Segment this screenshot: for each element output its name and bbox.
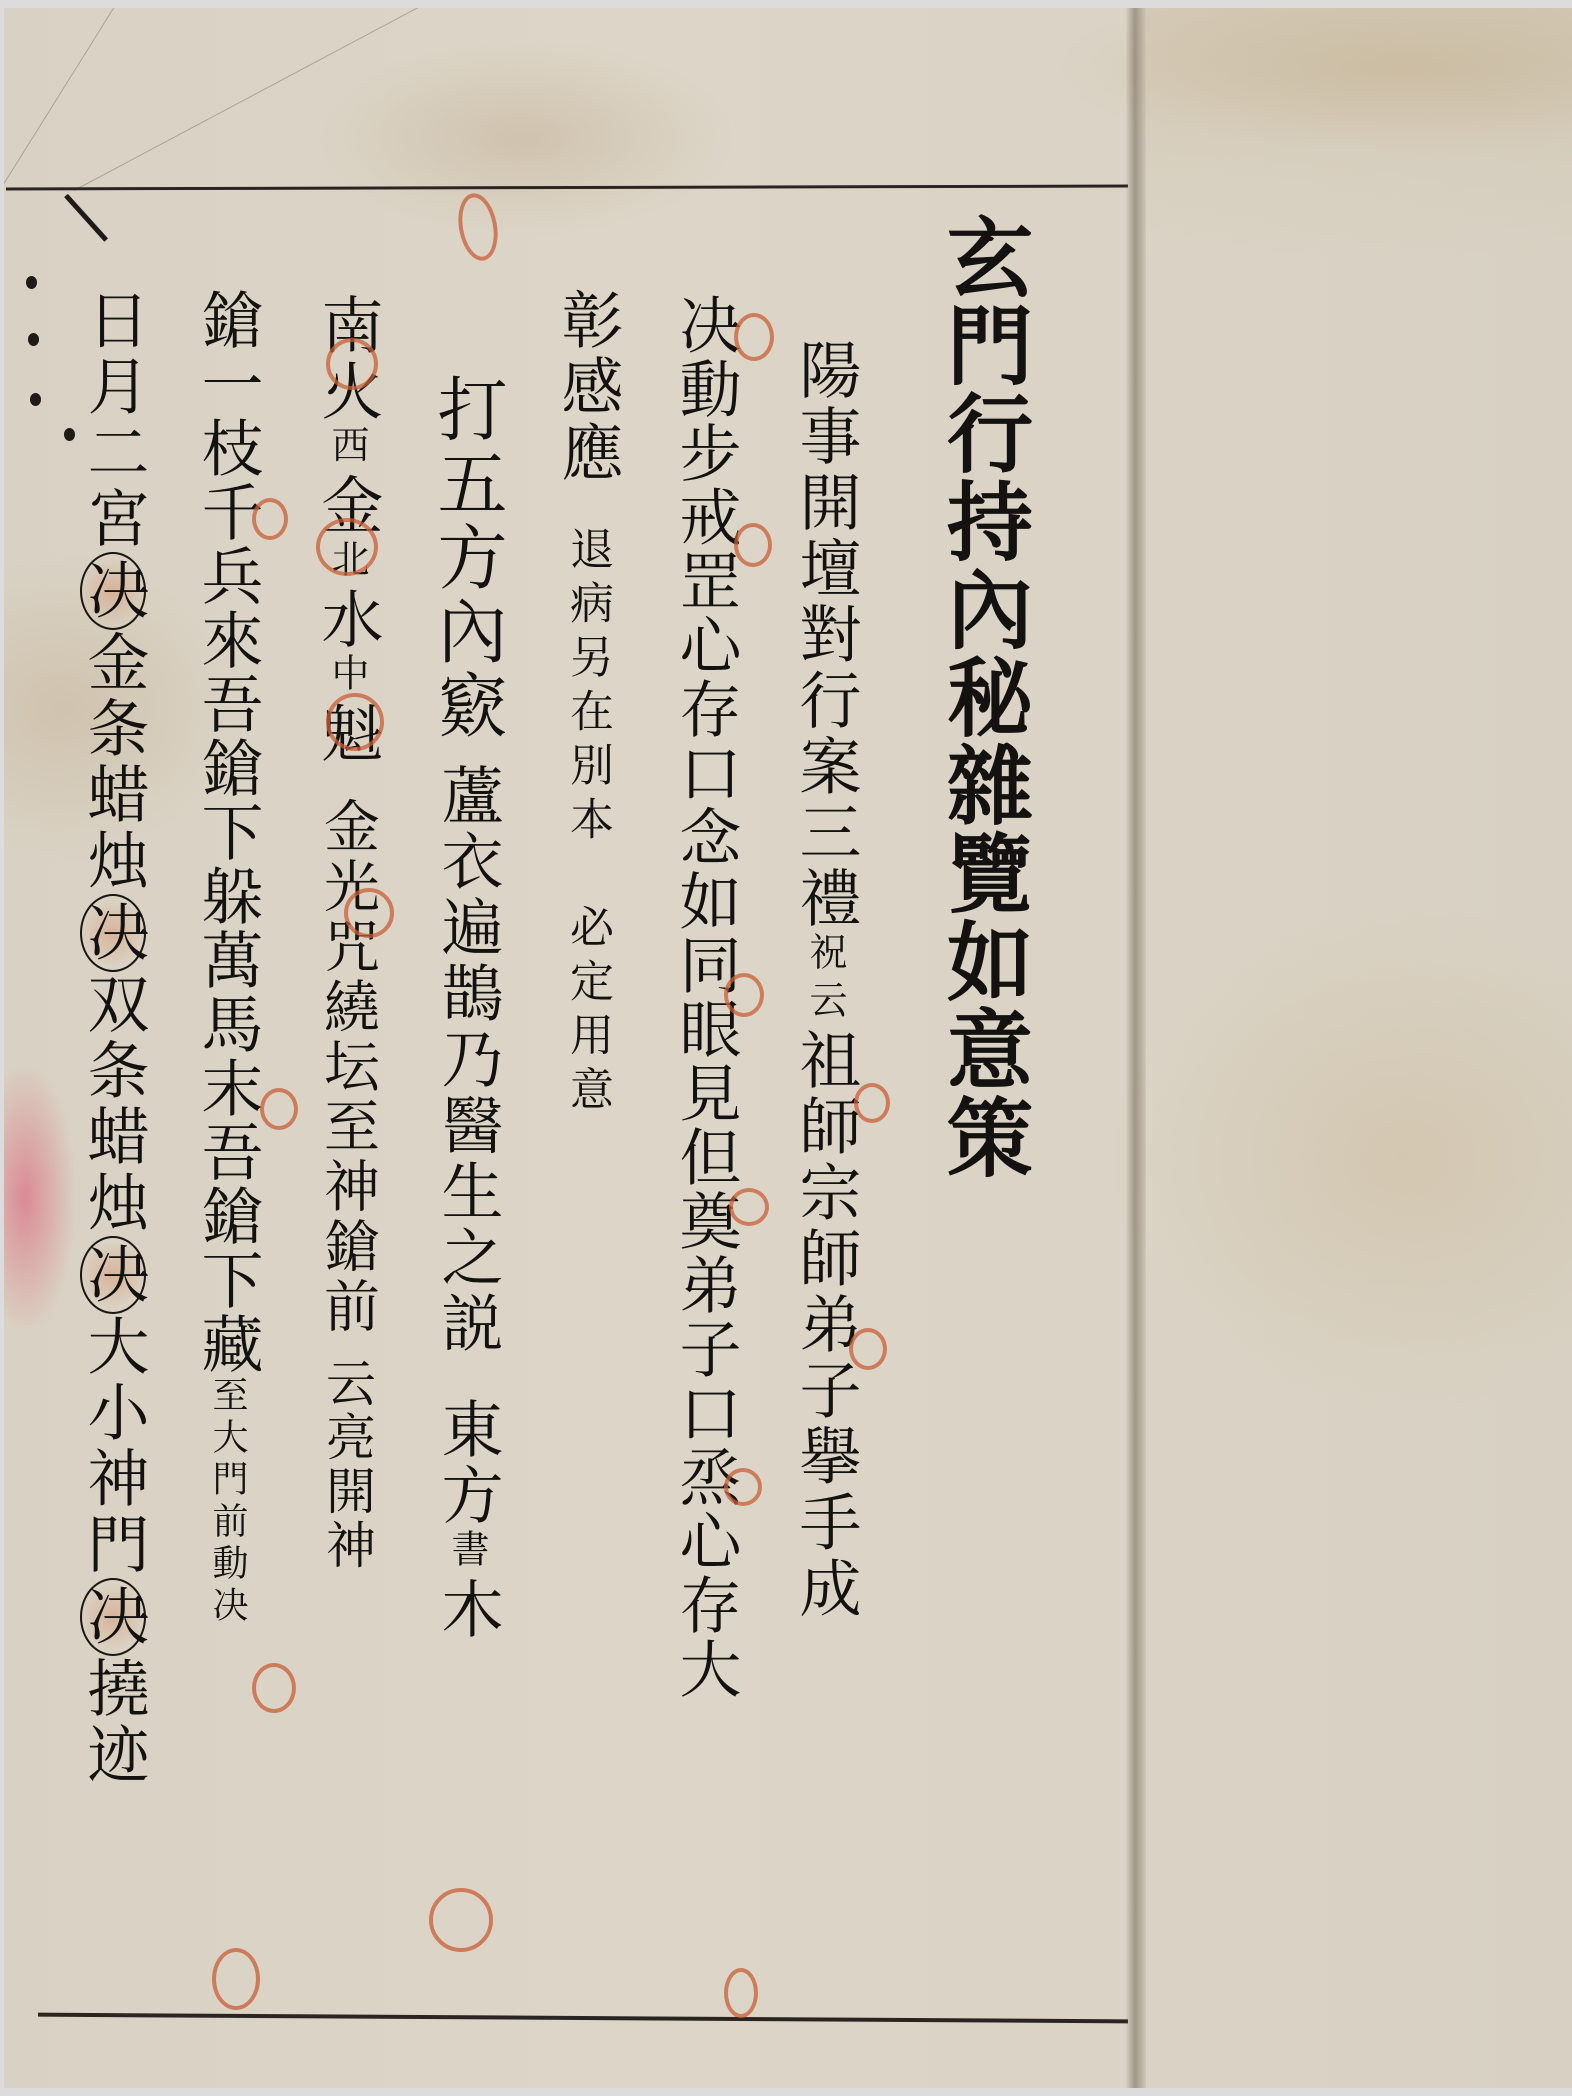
vermilion-mark <box>724 973 764 1017</box>
vermilion-mark <box>734 523 772 567</box>
column-text: 祖師宗師弟子擧手成 <box>789 1028 862 1622</box>
element-wood: 木 <box>431 1577 504 1643</box>
margin-dot <box>30 393 41 406</box>
vermilion-mark <box>729 1188 769 1226</box>
column-text: 日月二宮 <box>77 288 150 552</box>
vermilion-mark <box>260 1088 298 1130</box>
fold-crease <box>74 8 445 191</box>
tick-mark <box>64 194 108 242</box>
interlinear-note: 至大門前動决 <box>207 1376 248 1628</box>
bottom-border-rule <box>38 2013 1128 2024</box>
vermilion-mark <box>453 190 502 264</box>
column-text: 東方 <box>431 1397 504 1529</box>
vermilion-mark <box>326 693 384 751</box>
column-text: 双条蜡烛 <box>77 972 150 1236</box>
vermilion-mark <box>724 1468 762 1506</box>
margin-dot <box>26 276 37 289</box>
column-text: 撓迹 <box>77 1656 150 1788</box>
manuscript-title: 玄門行持內秘雜覽如意策 <box>932 213 1033 1181</box>
interlinear-note: 退病另在別本 必定用意 <box>562 526 613 1120</box>
column-text: 彰感應 <box>551 288 624 486</box>
margin-dot <box>28 333 39 346</box>
vermilion-mark <box>849 1328 887 1370</box>
interlinear-note: 祝云 <box>803 932 847 1028</box>
vermilion-mark <box>724 1968 758 2018</box>
left-page: 玄門行持內秘雜覽如意策 陽事開壇對行案三禮祝云祖師宗師弟子擧手成 决動步戒罡心存… <box>4 8 1132 2088</box>
element-water: 水 <box>311 587 384 653</box>
circled-jue-mark: 决 <box>80 1578 146 1656</box>
column-text: 大小神門 <box>77 1314 150 1578</box>
text-column-5: 打五方內窽蘆衣遍鵲乃醫生之説東方書木 <box>432 373 502 1643</box>
column-text: 蘆衣遍鵲乃醫生之説 <box>431 763 504 1357</box>
interlinear-note: 西 <box>325 425 369 473</box>
column-text: 陽事開壇對行案三禮 <box>789 338 862 932</box>
text-column-2: 陽事開壇對行案三禮祝云祖師宗師弟子擧手成 <box>794 338 856 1622</box>
column-text: 鎗一枝千兵來吾鎗下躲萬馬末吾鎗下藏 <box>191 288 264 1376</box>
book-spine-fold <box>1126 8 1146 2088</box>
title-column: 玄門行持內秘雜覽如意策 <box>939 213 1025 1181</box>
right-page-blank <box>1146 8 1572 2088</box>
vermilion-mark <box>252 1663 296 1713</box>
text-column-4: 彰感應退病另在別本 必定用意 <box>556 288 618 1120</box>
column-heading: 打五方內窽 <box>426 373 508 743</box>
interlinear-note: 書 <box>445 1529 489 1577</box>
column-text: 金条蜡烛 <box>77 630 150 894</box>
vermilion-mark <box>854 1083 890 1123</box>
margin-dot <box>64 428 75 441</box>
manuscript-photo: 玄門行持內秘雜覽如意策 陽事開壇對行案三禮祝云祖師宗師弟子擧手成 决動步戒罡心存… <box>4 8 1572 2088</box>
circled-jue-mark: 决 <box>80 552 146 630</box>
top-border-rule <box>6 185 1128 191</box>
text-column-8: 日月二宮决金条蜡烛决双条蜡烛决大小神門决撓迹 <box>80 288 146 1788</box>
text-column-7: 鎗一枝千兵來吾鎗下躲萬馬末吾鎗下藏至大門前動决 <box>196 288 258 1628</box>
fold-crease <box>4 8 301 184</box>
circled-jue-mark: 决 <box>80 1236 146 1314</box>
vermilion-mark <box>252 498 288 540</box>
vermilion-mark <box>316 518 378 576</box>
circled-jue-mark: 决 <box>80 894 146 972</box>
interlinear-note: 云亮開神 <box>318 1357 376 1573</box>
vermilion-mark <box>212 1948 260 2010</box>
vermilion-mark <box>344 888 394 938</box>
vermilion-mark <box>734 313 774 361</box>
column-text: 金光咒繞坛至神鎗前 <box>315 797 380 1337</box>
pink-stain <box>4 1068 74 1328</box>
vermilion-mark <box>429 1888 493 1952</box>
vermilion-mark <box>326 338 378 390</box>
